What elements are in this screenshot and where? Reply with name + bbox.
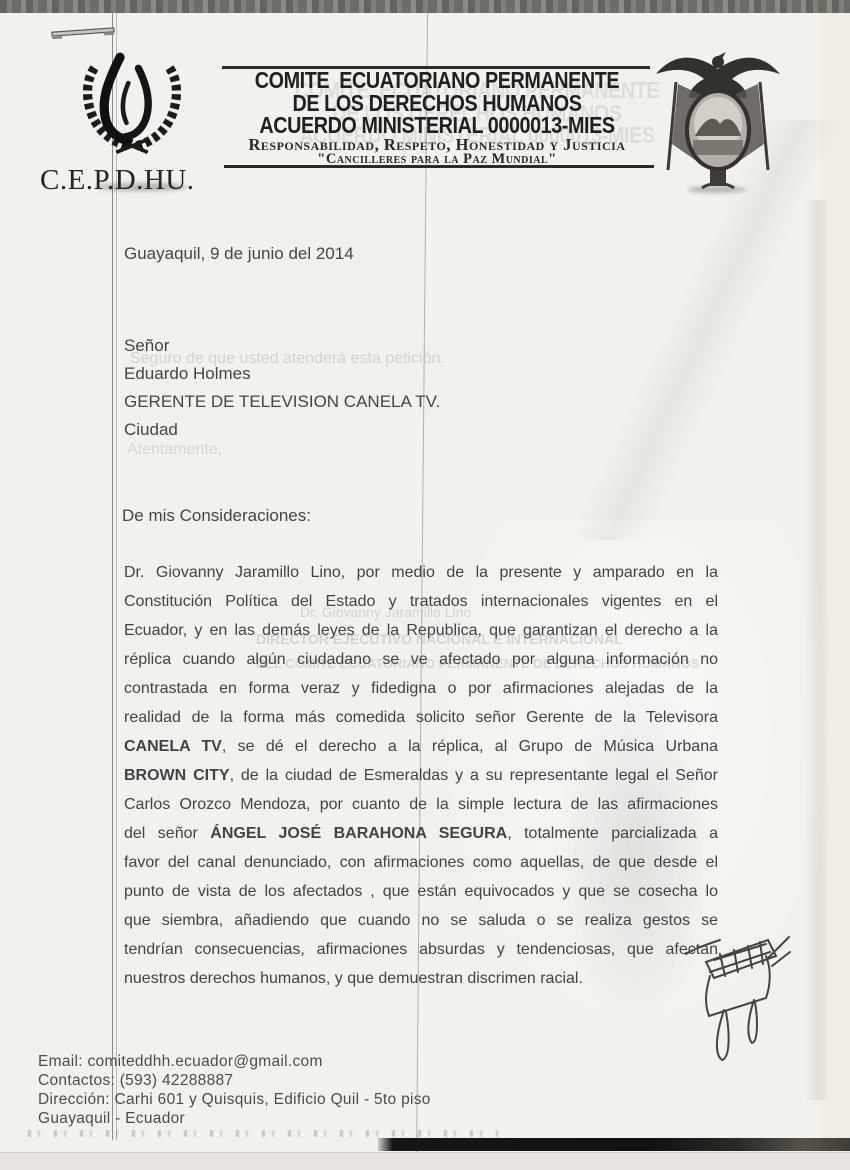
body-line: Carlos Orozco Mendoza, por cuanto de la … [124,790,718,819]
recipient-name: Eduardo Holmes [124,360,440,388]
scanned-letter-page: C.E.P.D.HU. COMITE ECUATORIANO PERMANENT… [0,0,850,1170]
letterhead: COMITE ECUATORIANO PERMANENTE DE LOS DER… [222,69,652,167]
body-line: Ecuador, y en las demás leyes de la Repu… [124,616,718,645]
body-line: nuestros derechos humanos, y que demuest… [124,964,718,993]
body-line: CANELA TV, se dé el derecho a la réplica… [124,732,718,761]
letter-body: Dr. Giovanny Jaramillo Lino, por medio d… [124,558,718,993]
footer-email: Email: comiteddhh.ecuador@gmail.com [38,1052,431,1071]
body-line: favor del canal denunciado, con afirmaci… [124,848,718,877]
motto-line2: "Cancilleres para la Paz Mundial" [222,152,652,167]
footer-city: Guayaquil - Ecuador [38,1109,431,1128]
date-line: Guayaquil, 9 de junio del 2014 [124,244,354,264]
scanner-black-bar [378,1138,850,1151]
scan-smudge [688,186,746,193]
recipient-title: GERENTE DE TELEVISION CANELA TV. [124,388,440,416]
recipient-city: Ciudad [124,416,440,444]
recipient-block: Señor Eduardo Holmes GERENTE DE TELEVISI… [124,332,440,444]
ecuador-coat-of-arms [648,42,788,197]
motto-line1: Responsabilidad, Respeto, Honestidad y J… [222,137,652,152]
footer-address: Dirección: Carhi 601 y Quisquis, Edifici… [38,1090,431,1109]
body-line: Dr. Giovanny Jaramillo Lino, por medio d… [124,558,718,587]
body-line: tendrían consecuencias, afirmaciones abs… [124,935,718,964]
body-line: realidad de la forma más comedida solici… [124,703,718,732]
body-line: que siembra, añadiendo que cuando no se … [124,906,718,935]
un-wreath-flame-logo [72,40,192,170]
org-abbreviation: C.E.P.D.HU. [40,164,230,197]
signature-scribble [668,924,808,1079]
body-line: punto de vista de los afectados , que es… [124,877,718,906]
greeting-line: De mis Consideraciones: [122,506,311,526]
scanner-top-edge [0,0,850,13]
footer-phone: Contactos: (593) 42288887 [38,1071,431,1090]
ministerial-accord: ACUERDO MINISTERIAL 0000013-MIES [252,114,622,137]
body-line: contrastada en forma veraz y fidedigna o… [124,674,718,703]
footer-contact-block: Email: comiteddhh.ecuador@gmail.com Cont… [38,1052,431,1128]
recipient-salutation: Señor [124,332,440,360]
scanner-bottom-edge [0,1152,850,1170]
org-name-line2: DE LOS DERECHOS HUMANOS [252,92,622,115]
body-line: Constitución Política del Estado y trata… [124,587,718,616]
body-line: BROWN CITY, de la ciudad de Esmeraldas y… [124,761,718,790]
org-name-line1: COMITE ECUATORIANO PERMANENTE [252,69,622,92]
body-line: réplica cuando algún ciudadano se ve afe… [124,645,718,674]
body-line: del señor ÁNGEL JOSÉ BARAHONA SEGURA, to… [124,819,718,848]
scan-noise [28,1130,498,1137]
